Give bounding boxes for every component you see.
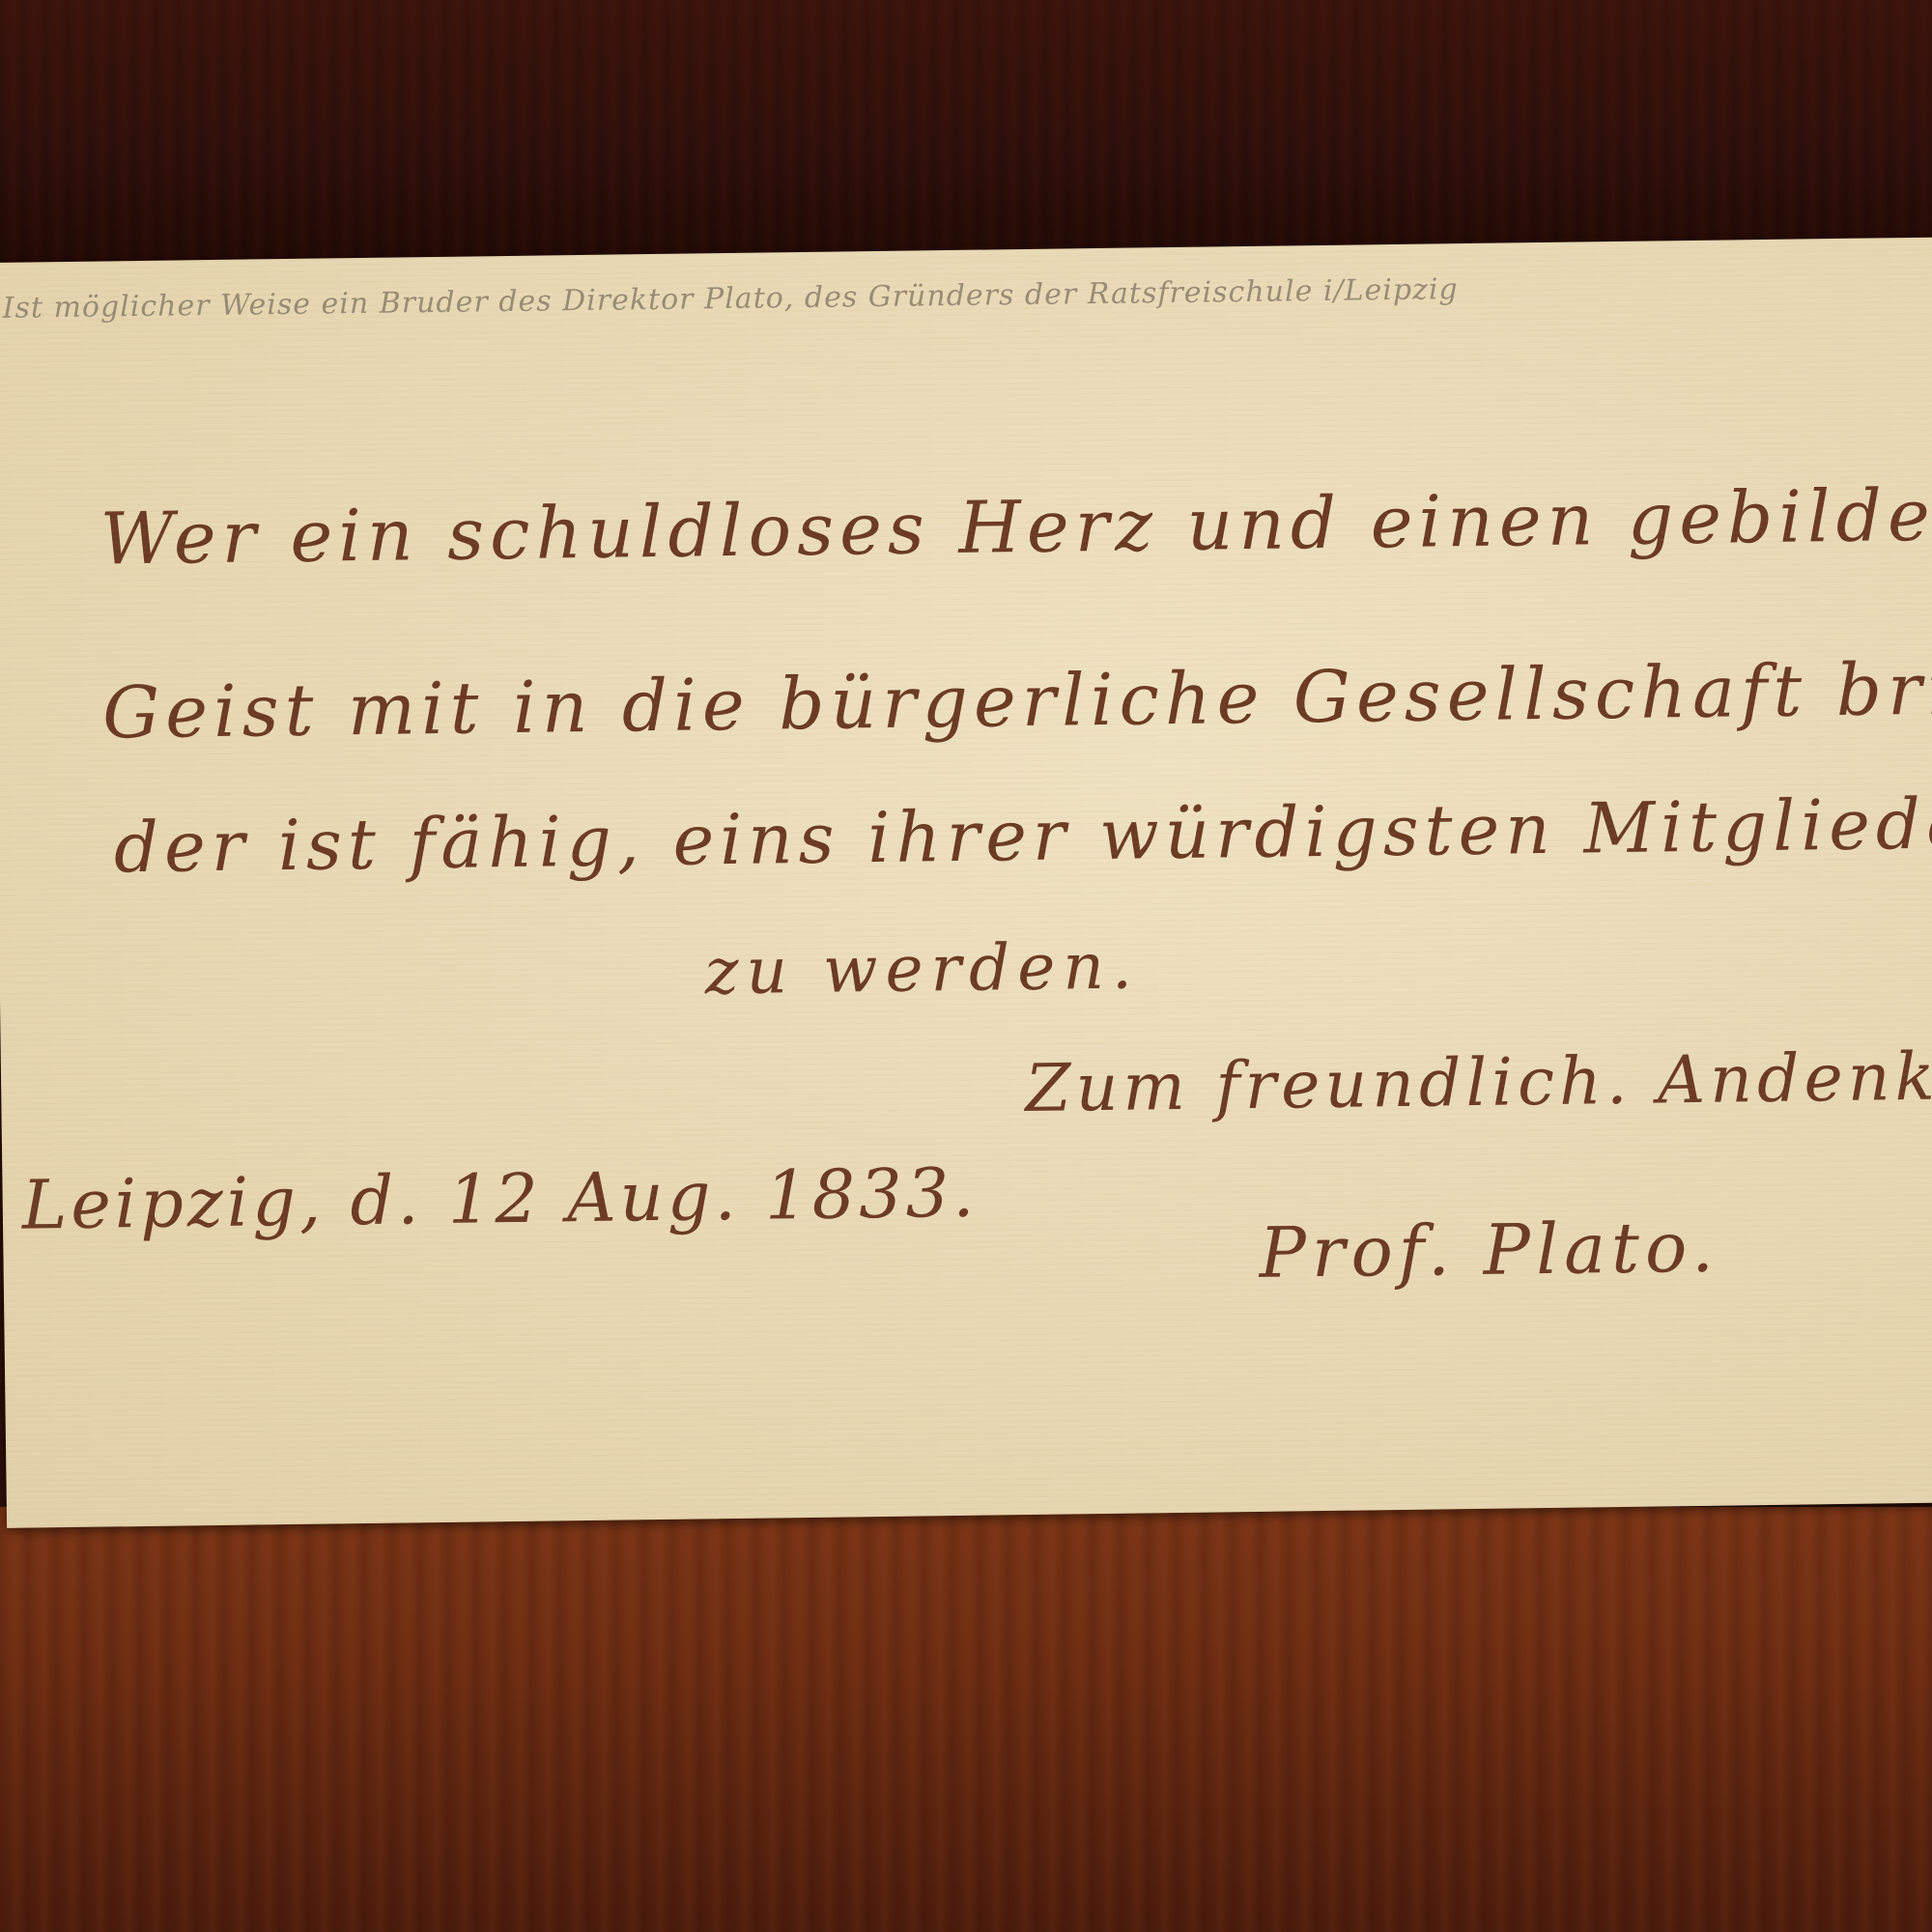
wood-table-surface-bottom: [0, 1507, 1932, 1932]
signature: Prof. Plato.: [1259, 1207, 1719, 1293]
body-line-2: Geist mit in die bürgerliche Gesellschaf…: [102, 645, 1932, 754]
photo-scene: Ist möglicher Weise ein Bruder des Direk…: [0, 0, 1932, 1932]
body-line-4: zu werden.: [704, 928, 1140, 1009]
body-line-1: Wer ein schuldloses Herz und einen gebil…: [99, 472, 1932, 582]
pencil-annotation: Ist möglicher Weise ein Bruder des Direk…: [2, 267, 1924, 326]
body-line-3: der ist fähig, eins ihrer würdigsten Mit…: [113, 782, 1932, 889]
closing-phrase: Zum freundlich. Andenken: [1025, 1037, 1932, 1127]
place-date: Leipzig, d. 12 Aug. 1833.: [21, 1153, 979, 1245]
paper-card: Ist möglicher Weise ein Bruder des Direk…: [0, 237, 1932, 1527]
